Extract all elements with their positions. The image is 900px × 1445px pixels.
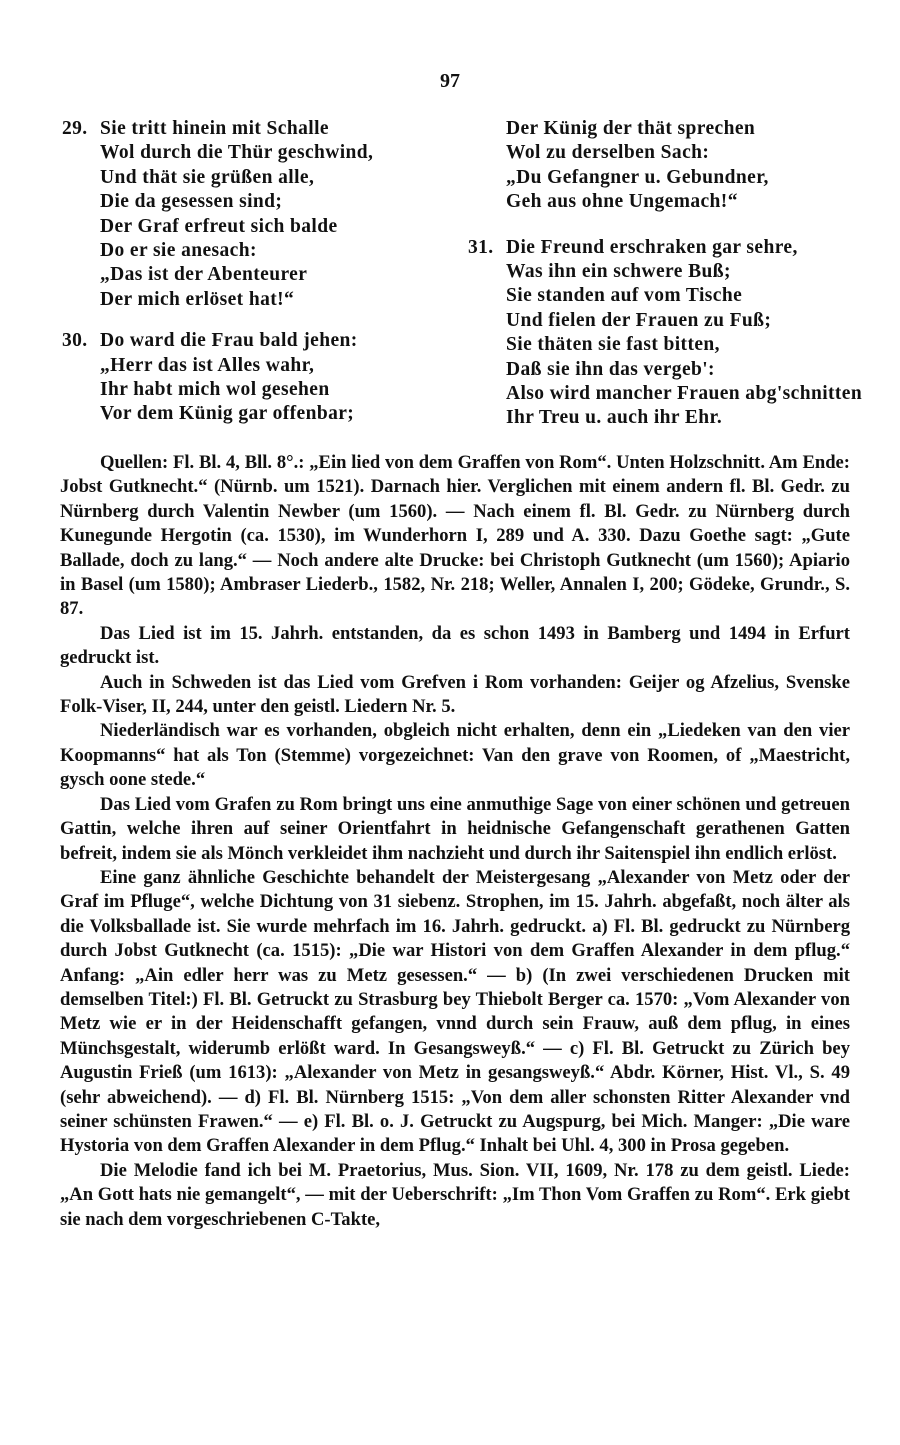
stanza-spacer xyxy=(62,312,462,329)
verse-line: Die da gesessen sind; xyxy=(100,190,462,214)
verse-line: Der mich erlöset hat!“ xyxy=(100,288,462,312)
verse-line: Der Künig der thät sprechen xyxy=(506,117,878,141)
verse-line: Die Freund erschraken gar sehre, xyxy=(506,236,878,260)
verse-line: Ihr habt mich wol gesehen xyxy=(100,378,462,402)
verse-line: Vor dem Künig gar offenbar; xyxy=(100,402,462,426)
stanza-30: 30. Do ward die Frau bald jehen: „Herr d… xyxy=(62,329,462,427)
verse-line: Do er sie anesach: xyxy=(100,239,462,263)
verse-line: Ihr Treu u. auch ihr Ehr. xyxy=(506,406,878,430)
note-melody: Die Melodie fand ich bei M. Praetorius, … xyxy=(60,1159,850,1232)
verse-line: Was ihn ein schwere Buß; xyxy=(506,260,878,284)
verse-line: „Du Gefangner u. Gebundner, xyxy=(506,166,878,190)
verse-line: Sie standen auf vom Tische xyxy=(506,284,878,308)
verse-line: Sie tritt hinein mit Schalle xyxy=(100,117,462,141)
poem-column-left: 29. Sie tritt hinein mit Schalle Wol dur… xyxy=(62,117,462,427)
verse-line: Geh aus ohne Ungemach!“ xyxy=(506,190,878,214)
verse-line: Wol durch die Thür geschwind, xyxy=(100,141,462,165)
page-number: 97 xyxy=(0,70,900,93)
book-page: 97 29. Sie tritt hinein mit Schalle Wol … xyxy=(0,0,900,1445)
verse-line: Daß sie ihn das vergeb': xyxy=(506,358,878,382)
verse-line: „Herr das ist Alles wahr, xyxy=(100,354,462,378)
verse-line: Wol zu derselben Sach: xyxy=(506,141,878,165)
verse-line: Sie thäten sie fast bitten, xyxy=(506,333,878,357)
verse-line: „Das ist der Abenteurer xyxy=(100,263,462,287)
stanza-number: 30. xyxy=(62,329,88,353)
stanza-29: 29. Sie tritt hinein mit Schalle Wol dur… xyxy=(62,117,462,312)
stanza-number: 29. xyxy=(62,117,88,141)
verse-line: Do ward die Frau bald jehen: xyxy=(100,329,462,353)
note-origin: Das Lied ist im 15. Jahrh. entstanden, d… xyxy=(60,622,850,671)
stanza-30-continued: Der Künig der thät sprechen Wol zu derse… xyxy=(468,117,878,215)
verse-line: Der Graf erfreut sich balde xyxy=(100,215,462,239)
stanza-number: 31. xyxy=(468,236,494,260)
verse-line: Und fielen der Frauen zu Fuß; xyxy=(506,309,878,333)
verse-line: Und thät sie grüßen alle, xyxy=(100,166,462,190)
note-sources: Quellen: Fl. Bl. 4, Bll. 8°.: „Ein lied … xyxy=(60,451,850,622)
note-netherlands: Niederländisch war es vorhanden, obgleic… xyxy=(60,719,850,792)
stanza-31: 31. Die Freund erschraken gar sehre, Was… xyxy=(468,236,878,431)
verse-line: Also wird mancher Frauen abg'schnitten xyxy=(506,382,878,406)
note-meistergesang: Eine ganz ähnliche Geschichte behandelt … xyxy=(60,866,850,1159)
note-legend: Das Lied vom Grafen zu Rom bringt uns ei… xyxy=(60,793,850,866)
stanza-spacer xyxy=(468,215,878,236)
commentary-notes: Quellen: Fl. Bl. 4, Bll. 8°.: „Ein lied … xyxy=(60,451,850,1232)
note-sweden: Auch in Schweden ist das Lied vom Grefve… xyxy=(60,671,850,720)
poem-column-right: Der Künig der thät sprechen Wol zu derse… xyxy=(468,117,878,431)
